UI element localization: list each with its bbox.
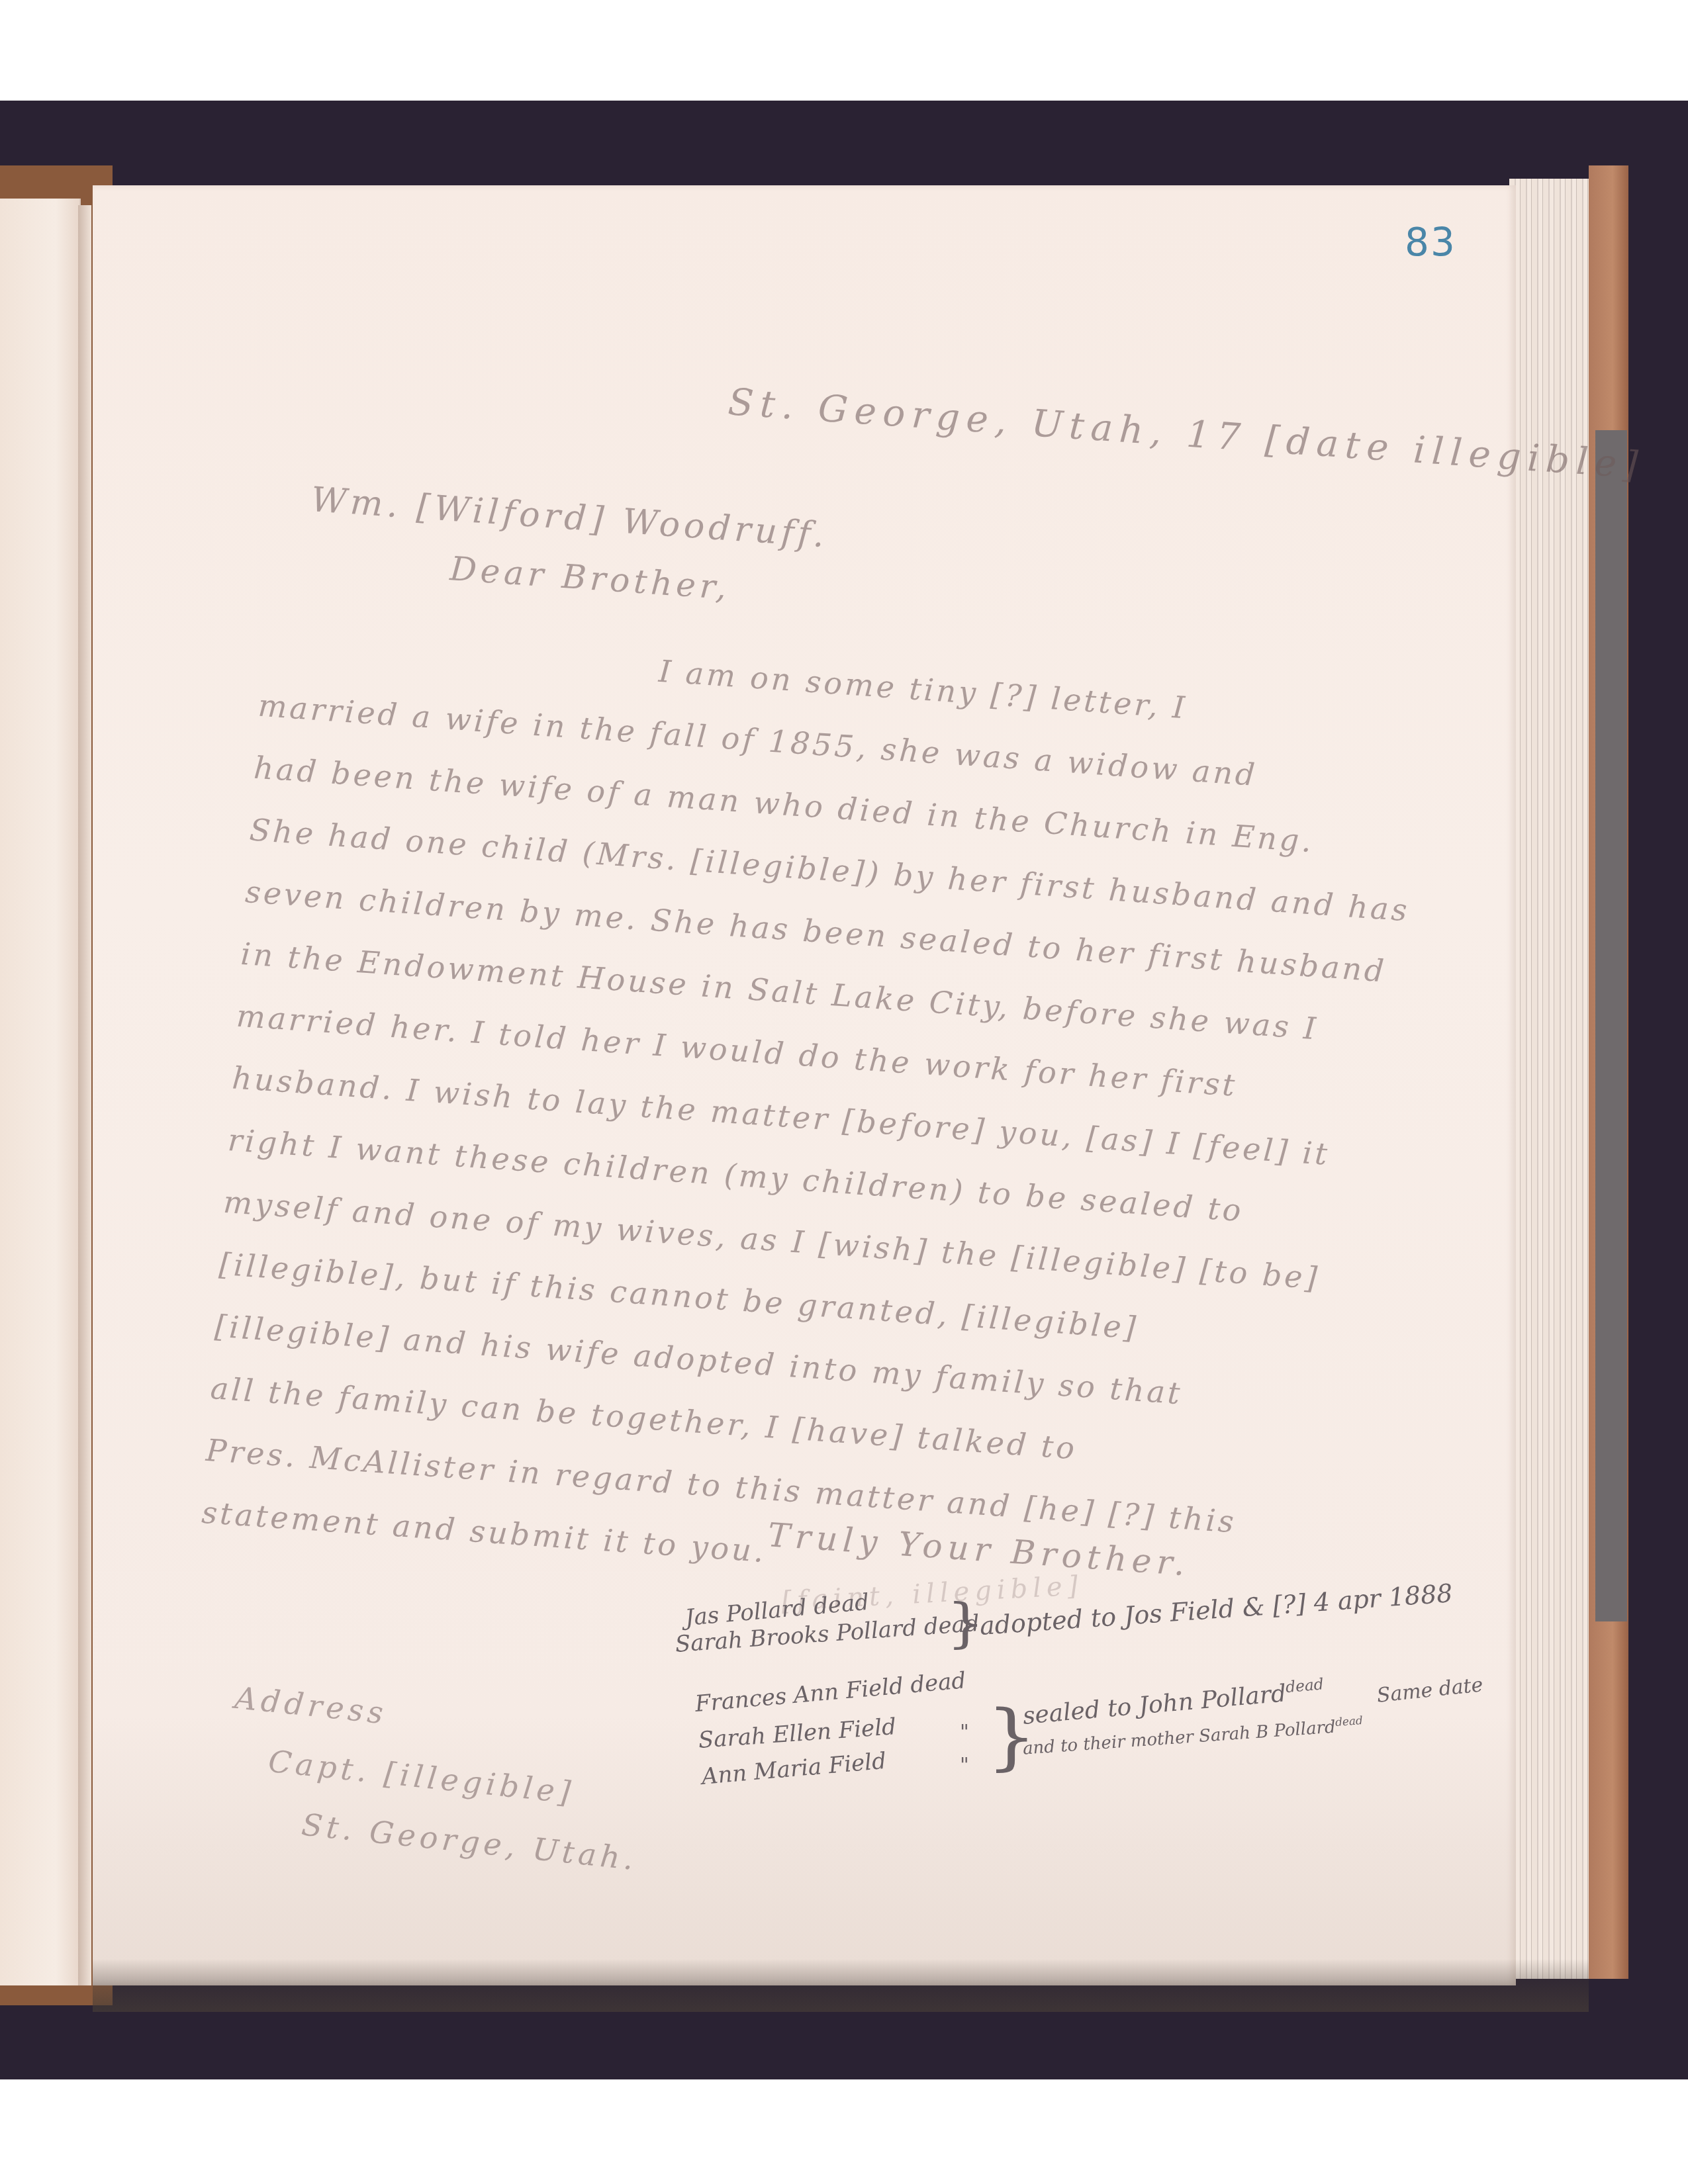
sealing-note-superscript: dead	[1335, 1713, 1363, 1729]
letter-body: I am on some tiny [?] letter, I married …	[200, 612, 1427, 1624]
folio-number: 83	[1405, 220, 1456, 265]
sealing-note-superscript: dead	[1285, 1674, 1325, 1696]
left-facing-page	[0, 199, 81, 1985]
page-bottom-shadow	[93, 1959, 1589, 2012]
ditto-mark: "	[960, 1754, 969, 1777]
brace-icon: }	[947, 1592, 984, 1655]
book-gutter	[78, 205, 91, 1985]
ditto-mark: "	[960, 1721, 969, 1744]
cover-spine-cloth	[1595, 430, 1627, 1621]
